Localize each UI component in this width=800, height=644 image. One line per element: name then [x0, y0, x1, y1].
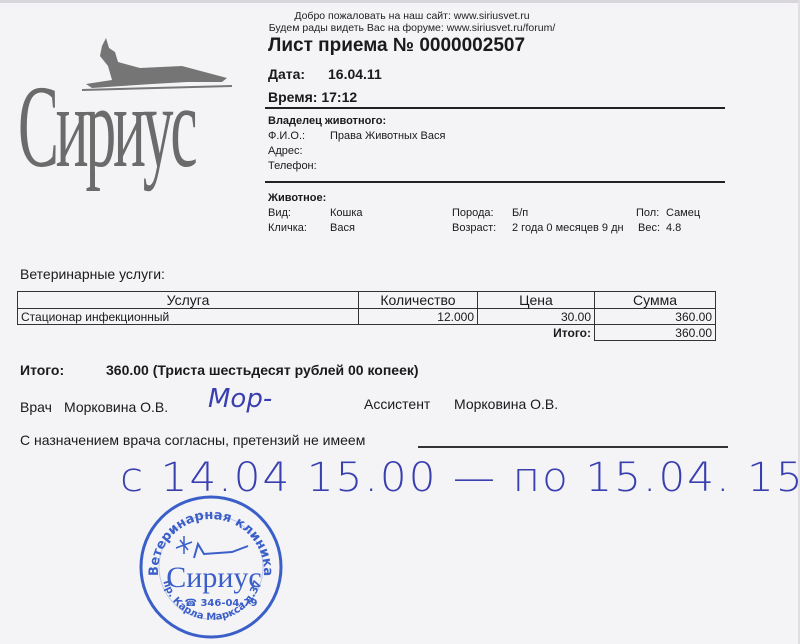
divider [265, 181, 725, 183]
nickname-value: Вася [330, 221, 355, 236]
animal-section-label: Животное: [268, 191, 728, 206]
agreement-text: С назначением врача согласны, претензий … [20, 432, 365, 448]
breed-value: Б/п [512, 206, 528, 221]
weight-value: 4.8 [666, 221, 681, 236]
date-row: Дата:16.04.11 [268, 66, 382, 82]
services-label: Ветеринарные услуги: [20, 266, 165, 282]
welcome-text: Добро пожаловать на наш сайт: www.sirius… [262, 10, 562, 34]
column-header-quantity: Количество [359, 292, 478, 309]
table-total-row: Итого: 360.00 [18, 325, 716, 341]
grand-total: Итого:360.00 (Триста шестьдесят рублей 0… [20, 362, 419, 378]
stamp-center-text: Сириус [166, 561, 261, 594]
page-top-edge [0, 0, 800, 3]
column-header-service: Услуга [18, 292, 359, 309]
welcome-line-forum: Будем рады видеть Вас на форуме: www.sir… [262, 22, 562, 34]
species-value: Кошка [330, 206, 363, 221]
breed-label: Порода: [452, 206, 494, 221]
age-label: Возраст: [452, 221, 496, 236]
date-label: Дата: [268, 66, 328, 82]
grand-total-label: Итого: [20, 362, 106, 378]
owner-section-label: Владелец животного: [268, 114, 445, 129]
column-header-sum: Сумма [595, 292, 716, 309]
grand-total-text: 360.00 (Триста шестьдесят рублей 00 копе… [106, 362, 419, 378]
service-quantity: 12.000 [359, 309, 478, 325]
stamp-phone: ☎ 346-04-79 [185, 598, 258, 609]
owner-phone-label: Телефон: [268, 159, 330, 174]
time-label: Время: [268, 89, 317, 105]
signature-line [418, 446, 728, 448]
table-row: Стационар инфекционный 12.000 30.00 360.… [18, 309, 716, 325]
service-price: 30.00 [478, 309, 595, 325]
dog-icon [194, 544, 248, 558]
species-label: Вид: [268, 206, 291, 221]
time-row: Время: 17:12 [268, 89, 357, 105]
column-header-price: Цена [478, 292, 595, 309]
animal-section: Животное: Вид: Кошка Кличка: Вася Порода… [268, 191, 728, 236]
owner-address-label: Адрес: [268, 144, 330, 159]
assistant-label: Ассистент [364, 396, 454, 412]
doctor-label: Врач [20, 399, 64, 415]
owner-name-label: Ф.И.О.: [268, 129, 330, 144]
table-header-row: Услуга Количество Цена Сумма [18, 292, 716, 309]
animal-details: Вид: Кошка Кличка: Вася Порода: Б/п Возр… [268, 206, 728, 236]
assistant-row: АссистентМорковина О.В. [364, 396, 558, 412]
blank-cell [359, 325, 478, 341]
dog-icon [82, 38, 242, 98]
assistant-name: Морковина О.В. [454, 396, 558, 412]
divider [265, 107, 725, 109]
age-value: 2 года 0 месяцев 9 дн [512, 221, 624, 236]
table-total-value: 360.00 [595, 325, 716, 341]
clinic-stamp: Ветеринарная клиника пр. Карла Маркса д.… [136, 492, 286, 642]
welcome-line-site: Добро пожаловать на наш сайт: www.sirius… [262, 10, 562, 22]
weight-label: Вес: [638, 221, 660, 236]
page-title: Лист приема № 0000002507 [268, 35, 525, 57]
owner-name-value: Права Животных Вася [330, 130, 445, 142]
service-sum: 360.00 [595, 309, 716, 325]
service-name: Стационар инфекционный [18, 309, 359, 325]
star-icon [176, 536, 192, 554]
time-value: 17:12 [321, 89, 357, 105]
date-value: 16.04.11 [328, 66, 382, 82]
table-total-label: Итого: [478, 325, 595, 341]
services-table: Услуга Количество Цена Сумма Стационар и… [17, 291, 716, 341]
handwritten-signature: Мор- [208, 384, 272, 414]
sex-label: Пол: [636, 206, 659, 221]
doctor-name: Морковина О.В. [64, 399, 168, 415]
nickname-label: Кличка: [268, 221, 307, 236]
owner-section: Владелец животного: Ф.И.О.:Права Животны… [268, 114, 445, 174]
doctor-row: ВрачМорковина О.В. [20, 399, 168, 415]
sex-value: Самец [666, 206, 700, 221]
blank-cell [18, 325, 359, 341]
